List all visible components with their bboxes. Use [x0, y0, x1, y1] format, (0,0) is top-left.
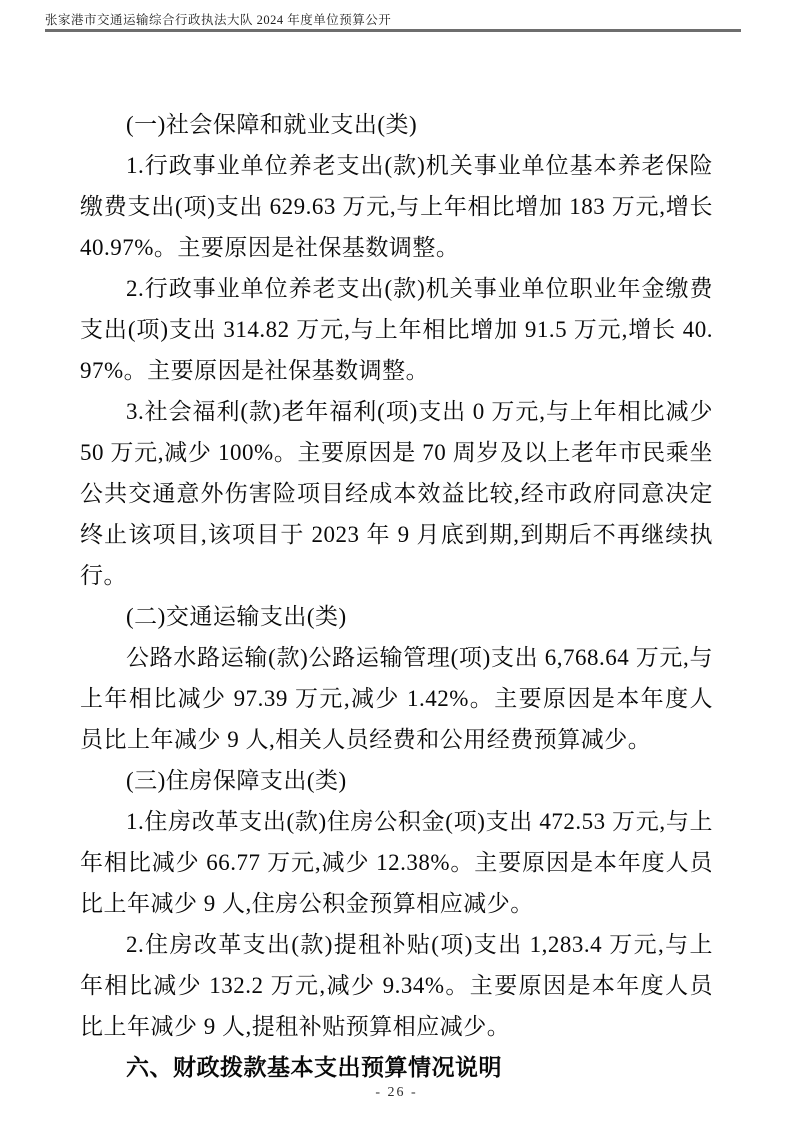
paragraph-pension-annuity: 2.行政事业单位养老支出(款)机关事业单位职业年金缴费支出(项)支出 314.8…	[80, 268, 713, 391]
paragraph-rent-subsidy: 2.住房改革支出(款)提租补贴(项)支出 1,283.4 万元,与上年相比减少 …	[80, 924, 713, 1047]
paragraph-highway-waterway-transport: 公路水路运输(款)公路运输管理(项)支出 6,768.64 万元,与上年相比减少…	[80, 637, 713, 760]
section-heading-housing-security: (三)住房保障支出(类)	[80, 760, 713, 801]
section-heading-basic-expenditure-budget: 六、财政拨款基本支出预算情况说明	[80, 1047, 713, 1088]
header-rule-divider	[45, 29, 741, 32]
section-heading-social-security: (一)社会保障和就业支出(类)	[80, 104, 713, 145]
paragraph-housing-fund: 1.住房改革支出(款)住房公积金(项)支出 472.53 万元,与上年相比减少 …	[80, 801, 713, 924]
document-header-title: 张家港市交通运输综合行政执法大队 2024 年度单位预算公开	[45, 12, 391, 28]
paragraph-social-welfare-elderly: 3.社会福利(款)老年福利(项)支出 0 万元,与上年相比减少 50 万元,减少…	[80, 391, 713, 596]
document-body: (一)社会保障和就业支出(类) 1.行政事业单位养老支出(款)机关事业单位基本养…	[80, 104, 713, 1088]
page-number: - 26 -	[0, 1084, 793, 1102]
document-page: 张家港市交通运输综合行政执法大队 2024 年度单位预算公开 (一)社会保障和就…	[0, 0, 793, 1122]
section-heading-transportation: (二)交通运输支出(类)	[80, 596, 713, 637]
paragraph-pension-basic-insurance: 1.行政事业单位养老支出(款)机关事业单位基本养老保险缴费支出(项)支出 629…	[80, 145, 713, 268]
